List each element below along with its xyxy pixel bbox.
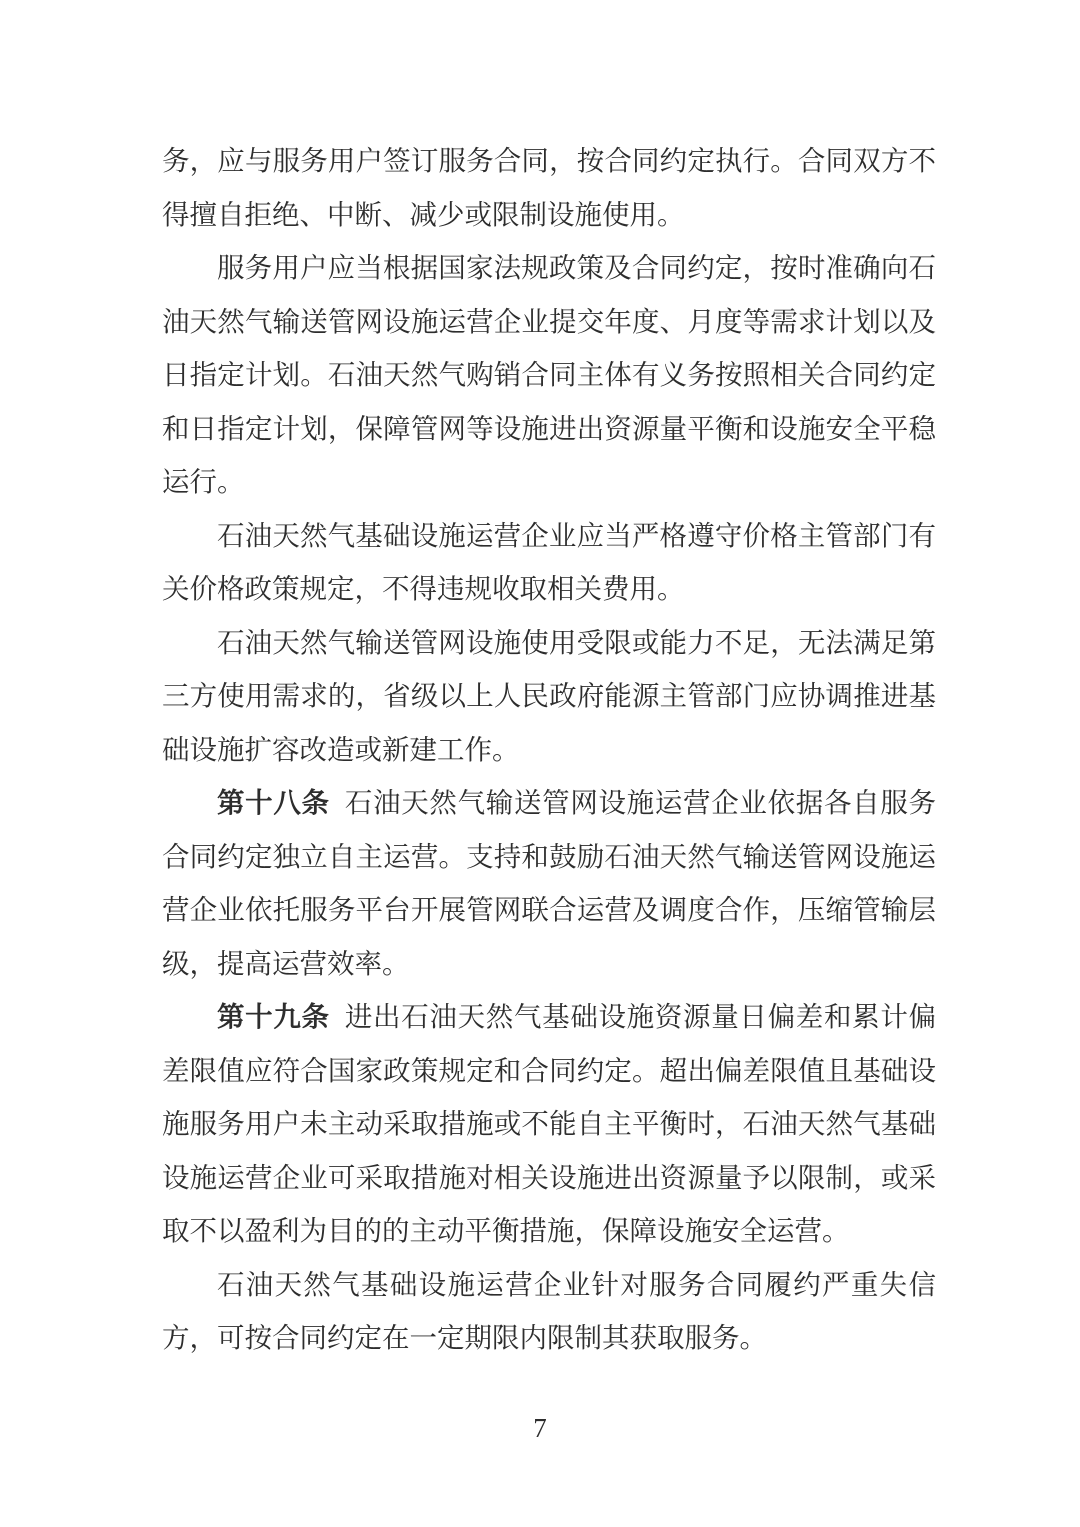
paragraph-text: 服务用户应当根据国家法规政策及合同约定，按时准确向石油天然气输送管网设施运营企业…: [162, 252, 936, 497]
article-number-heading: 第十九条: [217, 1001, 330, 1032]
paragraph-text: 石油天然气基础设施运营企业应当严格遵守价格主管部门有关价格政策规定，不得违规收取…: [162, 520, 936, 605]
document-page: 务，应与服务用户签订服务合同，按合同约定执行。合同双方不得擅自拒绝、中断、减少或…: [0, 0, 1080, 1527]
page-number: 7: [533, 1413, 547, 1443]
paragraph: 石油天然气输送管网设施使用受限或能力不足，无法满足第三方使用需求的，省级以上人民…: [162, 616, 936, 777]
paragraph-text: 石油天然气输送管网设施使用受限或能力不足，无法满足第三方使用需求的，省级以上人民…: [162, 627, 936, 765]
paragraph-text: 石油天然气基础设施运营企业针对服务合同履约严重失信方，可按合同约定在一定期限内限…: [162, 1269, 936, 1354]
paragraph: 石油天然气基础设施运营企业针对服务合同履约严重失信方，可按合同约定在一定期限内限…: [162, 1258, 936, 1365]
paragraph: 务，应与服务用户签订服务合同，按合同约定执行。合同双方不得擅自拒绝、中断、减少或…: [162, 134, 936, 241]
page-footer: 7: [0, 1408, 1080, 1448]
paragraph: 石油天然气基础设施运营企业应当严格遵守价格主管部门有关价格政策规定，不得违规收取…: [162, 509, 936, 616]
article-number-heading: 第十八条: [217, 787, 330, 818]
paragraph-text: 进出石油天然气基础设施资源量日偏差和累计偏差限值应符合国家政策规定和合同约定。超…: [162, 1001, 936, 1246]
paragraph-text: 务，应与服务用户签订服务合同，按合同约定执行。合同双方不得擅自拒绝、中断、减少或…: [162, 145, 936, 230]
paragraph: 第十八条石油天然气输送管网设施运营企业依据各自服务合同约定独立自主运营。支持和鼓…: [162, 776, 936, 990]
paragraph: 第十九条进出石油天然气基础设施资源量日偏差和累计偏差限值应符合国家政策规定和合同…: [162, 990, 936, 1258]
paragraph: 服务用户应当根据国家法规政策及合同约定，按时准确向石油天然气输送管网设施运营企业…: [162, 241, 936, 509]
document-body: 务，应与服务用户签订服务合同，按合同约定执行。合同双方不得擅自拒绝、中断、减少或…: [162, 134, 936, 1365]
